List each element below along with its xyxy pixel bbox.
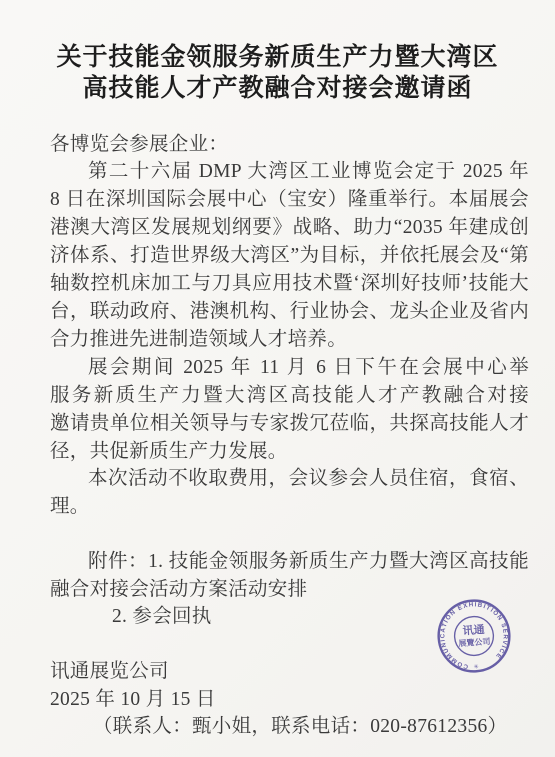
body-line: 服务新质生产力暨大湾区高技能人才产教融合对接会”。现诚挚 bbox=[50, 382, 529, 410]
body-line: 合力推进先进制造领域人才培养。 bbox=[50, 326, 529, 353]
body-line: 径，共促新质生产力发展。 bbox=[50, 438, 529, 465]
body-line: 第二十六届 DMP 大湾区工业博览会定于 2025 年 11 月 5 日至 bbox=[50, 158, 529, 186]
body-line: 展会期间 2025 年 11 月 6 日下午在会展中心举办“技能金领 bbox=[50, 354, 529, 382]
seal-center-name-line-2: 展覽公司 bbox=[458, 636, 491, 648]
company-seal: COMMUNICATION EXHIBITION SERVICE 讯通 展覽公司… bbox=[433, 595, 514, 676]
document-title-line-1: 关于技能金领服务新质生产力暨大湾区 bbox=[0, 42, 555, 73]
seal-center-name-line-1: 讯通 bbox=[462, 622, 485, 638]
salutation: 各博览会参展企业： bbox=[50, 131, 529, 158]
body-line: 轴数控机床加工与刀具应用技术暨‘深圳好技师’技能大赛”平 bbox=[50, 270, 529, 298]
document-title: 关于技能金领服务新质生产力暨大湾区 高技能人才产教融合对接会邀请函 bbox=[0, 0, 555, 104]
body-line: 邀请贵单位相关领导与专家拨冗莅临，共探高技能人才培养新路 bbox=[50, 410, 529, 438]
body-line: 8 日在深圳国际会展中心（宝安）隆重举行。本届展会以落实《粤 bbox=[50, 186, 529, 214]
attachment-line-1: 附件：1. 技能金领服务新质生产力暨大湾区高技能人才产教 bbox=[50, 548, 529, 576]
signature-date: 2025 年 10 月 15 日 bbox=[50, 686, 529, 713]
body-line: 本次活动不收取费用，会议参会人员住宿，食宿、交通费自 bbox=[50, 465, 529, 493]
contact-line: （联系人：甄小姐，联系电话：020-87612356） bbox=[50, 713, 529, 740]
body-line: 济体系、打造世界级大湾区”为目标，并依托展会及“第四届五 bbox=[50, 242, 529, 270]
body-line: 港澳大湾区发展规划纲要》战略、助力“2035 年建成创新驱动经 bbox=[50, 214, 529, 242]
body-line: 台，联动政府、港澳机构、行业协会、龙头企业及省内外院校， bbox=[50, 298, 529, 326]
company-seal-icon: COMMUNICATION EXHIBITION SERVICE 讯通 展覽公司… bbox=[433, 595, 514, 676]
body-line: 理。 bbox=[50, 493, 529, 520]
invitation-letter-page: 关于技能金领服务新质生产力暨大湾区 高技能人才产教融合对接会邀请函 各博览会参展… bbox=[0, 0, 555, 757]
document-title-line-2: 高技能人才产教融合对接会邀请函 bbox=[0, 73, 555, 104]
seal-bottom-star-icon: ✳ bbox=[473, 663, 479, 670]
